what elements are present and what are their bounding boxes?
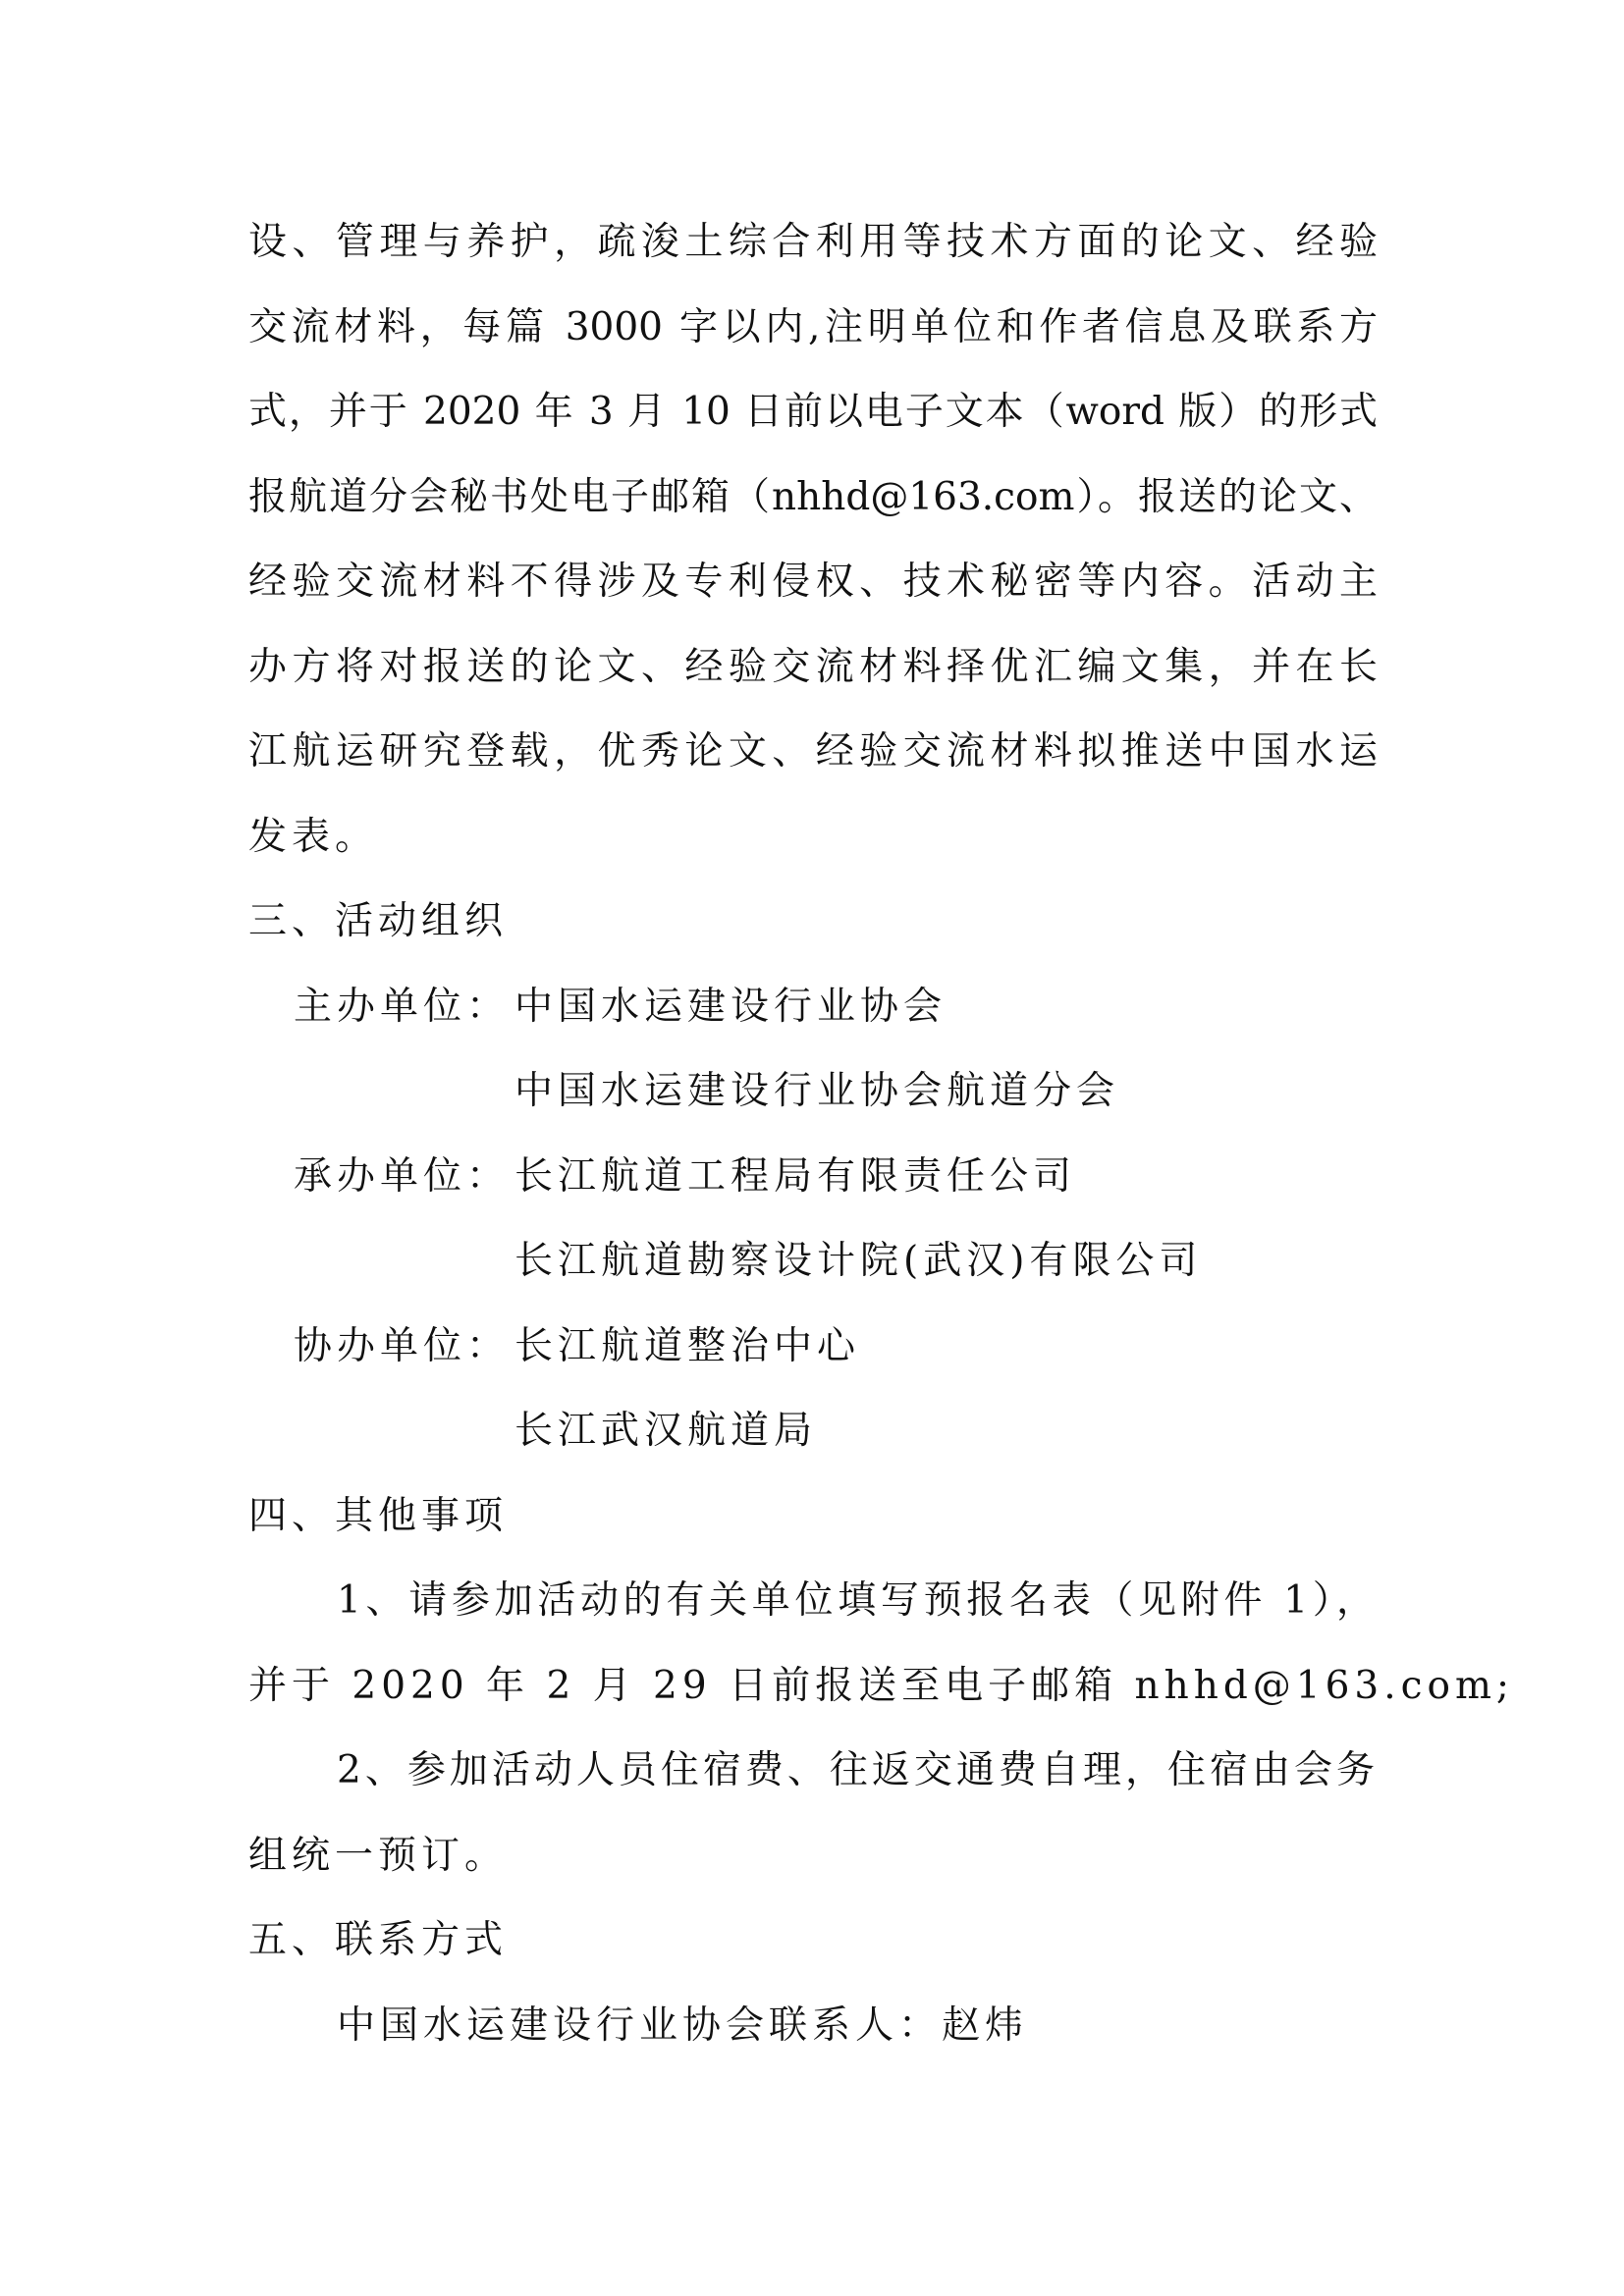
organizer-label-undertaker: 承办单位： — [294, 1154, 510, 1200]
contact-person-line: 中国水运建设行业协会联系人：赵炜 — [337, 2003, 1028, 2049]
item-2-line-2: 组统一预订。 — [248, 1834, 508, 1879]
paragraph-line: 发表。 — [248, 815, 378, 860]
section-heading-contact: 五、联系方式 — [248, 1918, 508, 1963]
paragraph-line: 设、管理与养护，疏浚土综合利用等技术方面的论文、经验 — [248, 220, 1378, 265]
organizer-name: 长江航道工程局有限责任公司 — [514, 1154, 1076, 1200]
section-heading-organization: 三、活动组织 — [248, 899, 508, 944]
organizer-name: 长江航道整治中心 — [514, 1324, 860, 1369]
paragraph-line-email: 报航道分会秘书处电子邮箱（nhhd@163.com）。报送的论文、 — [248, 475, 1378, 520]
organizer-name: 中国水运建设行业协会 — [514, 985, 947, 1030]
item-1-line-1: 1、请参加活动的有关单位填写预报名表（见附件 1）， — [337, 1578, 1375, 1624]
organizer-name: 长江武汉航道局 — [514, 1409, 817, 1454]
organizer-label-host: 主办单位： — [294, 985, 510, 1030]
paragraph-line: 交流材料，每篇 3000 字以内,注明单位和作者信息及联系方 — [248, 305, 1378, 350]
paragraph-line: 江航运研究登载，优秀论文、经验交流材料拟推送中国水运 — [248, 729, 1378, 774]
item-1-line-2: 并于 2020 年 2 月 29 日前报送至电子邮箱 nhhd@163.com; — [248, 1664, 1514, 1709]
item-2-line-1: 2、参加活动人员住宿费、往返交通费自理，住宿由会务 — [337, 1748, 1375, 1793]
paragraph-line: 经验交流材料不得涉及专利侵权、技术秘密等内容。活动主 — [248, 560, 1378, 605]
document-page: 设、管理与养护，疏浚土综合利用等技术方面的论文、经验 交流材料，每篇 3000 … — [0, 0, 1624, 2296]
paragraph-line: 式，并于 2020 年 3 月 10 日前以电子文本（word 版）的形式 — [248, 390, 1378, 435]
section-heading-other-matters: 四、其他事项 — [248, 1494, 508, 1539]
organizer-name: 中国水运建设行业协会航道分会 — [514, 1069, 1119, 1114]
paragraph-line: 办方将对报送的论文、经验交流材料择优汇编文集，并在长 — [248, 645, 1378, 690]
organizer-name: 长江航道勘察设计院(武汉)有限公司 — [514, 1239, 1202, 1284]
organizer-label-co-organizer: 协办单位： — [294, 1324, 510, 1369]
